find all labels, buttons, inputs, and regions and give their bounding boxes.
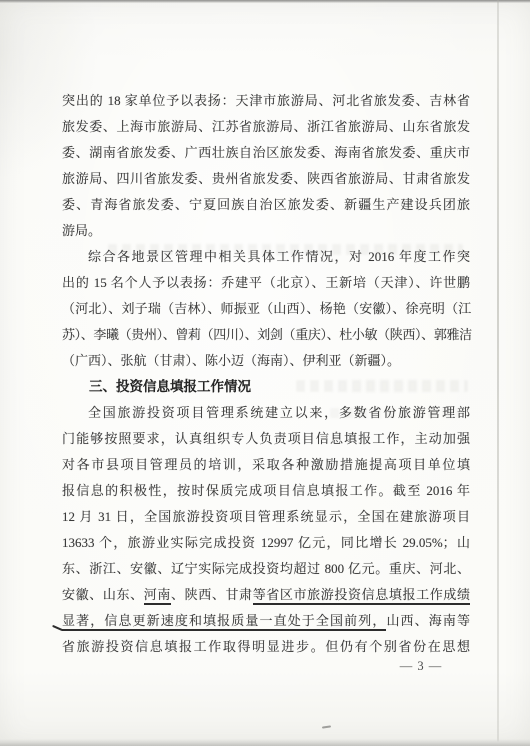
text-segment: 、陕西、甘肃 [171, 587, 253, 602]
para1-line-5: 委、青海省旅发委、宁夏回族自治区旅发委、新疆生产建设兵团旅 [62, 192, 470, 218]
para1-line-3: 委、湖南省旅发委、广西壮族自治区旅发委、海南省旅发委、重庆市 [62, 140, 470, 166]
para1-line-4: 旅游局、四川省旅发委、贵州省旅发委、陕西省旅游局、甘肃省旅发 [62, 166, 470, 192]
pen-underlined-text: 显著，信息更新速度和填报质量一直处于全国前列， [62, 613, 386, 631]
text-segment: 安徽、山东、 [62, 587, 144, 602]
scan-fold-line [497, 0, 499, 746]
scan-edge-top [0, 0, 530, 3]
para1-line-2: 旅发委、上海市旅游局、江苏省旅游局、浙江省旅游局、山东省旅发 [62, 114, 470, 140]
para3-line-1: 全国旅游投资项目管理系统建立以来，多数省份旅游管理部 [62, 400, 470, 426]
para2-line-5: （广西）、张航（甘肃）、陈小迈（海南）、伊利亚（新疆）。 [62, 348, 470, 374]
page-number: — 3 — [390, 659, 452, 674]
pen-underlined-text: 河南 [144, 587, 171, 605]
para1-line-6: 游局。 [62, 218, 470, 244]
para2-line-4: 苏）、李曦（贵州）、曾莉（四川）、刘剑（重庆）、杜小敏（陕西）、郭雅洁 [62, 322, 470, 348]
scan-edge-bottom [0, 739, 530, 746]
para2-line-1: 综合各地景区管理中相关具体工作情况，对 2016 年度工作突 [62, 244, 470, 270]
para3-line-10: 省旅游投资信息填报工作取得明显进步。但仍有个别省份在思想 [62, 634, 470, 660]
document-body: 突出的 18 家单位予以表扬：天津市旅游局、河北省旅发委、吉林省 旅发委、上海市… [62, 88, 470, 660]
para3-line-9: 显著，信息更新速度和填报质量一直处于全国前列，山西、海南等 [62, 608, 470, 634]
pen-underlined-text: 等省区市旅游投资信息填报工作成绩 [253, 587, 470, 605]
para3-line-5: 12 月 31 日，全国旅游投资项目管理系统显示，全国在建旅游项目 [62, 504, 470, 530]
section-heading: 三、投资信息填报工作情况 [62, 374, 470, 400]
para3-line-8: 安徽、山东、河南、陕西、甘肃等省区市旅游投资信息填报工作成绩 [62, 582, 470, 608]
para3-line-2: 门能够按照要求，认真组织专人负责项目信息填报工作，主动加强 [62, 426, 470, 452]
para3-line-7: 东、浙江、安徽、辽宁实际完成投资均超过 800 亿元。重庆、河北、 [62, 556, 470, 582]
para3-line-6: 13633 个，旅游业实际完成投资 12997 亿元，同比增长 29.05%；山 [62, 530, 470, 556]
para3-line-3: 对各市县项目管理员的培训，采取各种激励措施提高项目单位填 [62, 452, 470, 478]
para3-line-4: 报信息的积极性，按时保质完成项目信息填报工作。截至 2016 年 [62, 478, 470, 504]
pen-speck-artifact [322, 725, 331, 728]
para1-line-1: 突出的 18 家单位予以表扬：天津市旅游局、河北省旅发委、吉林省 [62, 88, 470, 114]
para2-line-3: （河北）、刘子瑞（吉林）、师振亚（山西）、杨艳（安徽）、徐亮明（江 [62, 296, 470, 322]
scanned-document-page: 突出的 18 家单位予以表扬：天津市旅游局、河北省旅发委、吉林省 旅发委、上海市… [0, 0, 530, 746]
text-segment: 山西、海南等 [386, 613, 470, 628]
para2-line-2: 出的 15 名个人予以表扬：乔建平（北京）、王新培（天津）、许世鹏 [62, 270, 470, 296]
